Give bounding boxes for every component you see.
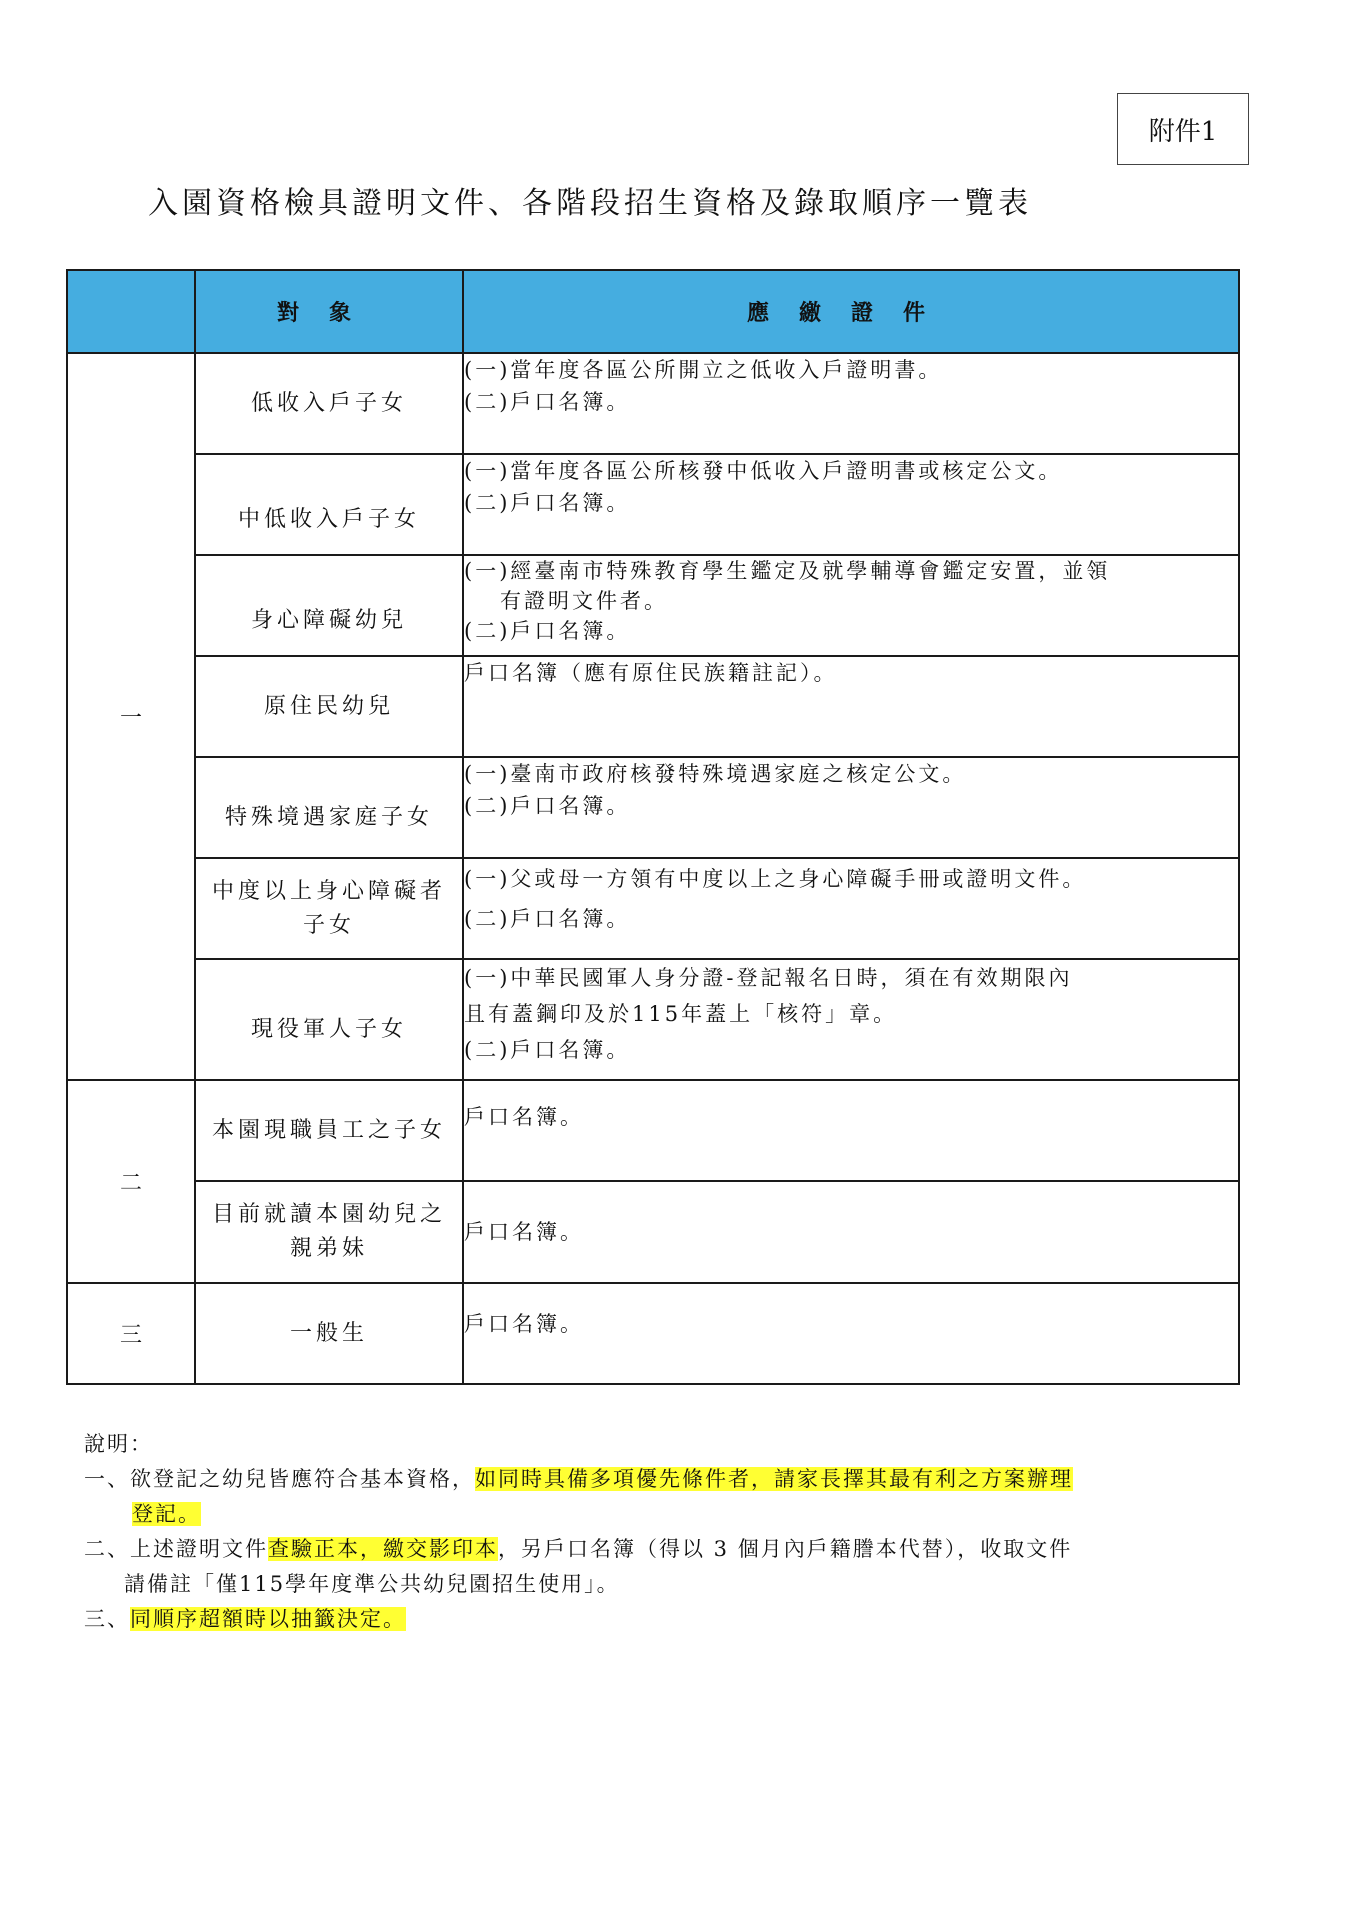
header-documents: 應繳證件 bbox=[463, 270, 1239, 353]
table-row: 目前就讀本園幼兒之 親弟妹 戶口名簿。 bbox=[67, 1181, 1239, 1283]
subject-cell: 中度以上身心障礙者 子女 bbox=[195, 858, 463, 959]
documents-cell: 戶口名簿。 bbox=[463, 1283, 1239, 1384]
highlighted-text: 登記。 bbox=[132, 1502, 201, 1526]
subject-cell: 特殊境遇家庭子女 bbox=[195, 757, 463, 858]
highlighted-text: 查驗正本，繳交影印本 bbox=[268, 1537, 498, 1561]
table-row: 現役軍人子女 (一)中華民國軍人身分證-登記報名日時，須在有效期限內 且有蓋鋼印… bbox=[67, 959, 1239, 1080]
table-row: 二 本園現職員工之子女 戶口名簿。 bbox=[67, 1080, 1239, 1181]
subject-cell: 本園現職員工之子女 bbox=[195, 1080, 463, 1181]
notes-section: 說明： 一、欲登記之幼兒皆應符合基本資格，如同時具備多項優先條件者，請家長擇其最… bbox=[84, 1427, 1073, 1637]
note-item-1-cont: 登記。 bbox=[84, 1497, 1073, 1532]
table-row: 三 一般生 戶口名簿。 bbox=[67, 1283, 1239, 1384]
header-group bbox=[67, 270, 195, 353]
table-row: 中低收入戶子女 (一)當年度各區公所核發中低收入戶證明書或核定公文。 (二)戶口… bbox=[67, 454, 1239, 555]
documents-cell: 戶口名簿（應有原住民族籍註記）。 bbox=[463, 656, 1239, 757]
table-row: 一 低收入戶子女 (一)當年度各區公所開立之低收入戶證明書。 (二)戶口名簿。 bbox=[67, 353, 1239, 454]
note-item-2-cont: 請備註「僅115學年度準公共幼兒園招生使用」。 bbox=[84, 1567, 1073, 1602]
page-title: 入園資格檢具證明文件、各階段招生資格及錄取順序一覽表 bbox=[148, 178, 1108, 222]
documents-cell: (一)父或母一方領有中度以上之身心障礙手冊或證明文件。 (二)戶口名簿。 bbox=[463, 858, 1239, 959]
documents-cell: (一)中華民國軍人身分證-登記報名日時，須在有效期限內 且有蓋鋼印及於115年蓋… bbox=[463, 959, 1239, 1080]
note-item-2: 二、上述證明文件查驗正本，繳交影印本，另戶口名簿（得以 3 個月內戶籍謄本代替）… bbox=[84, 1532, 1073, 1567]
documents-cell: (一)臺南市政府核發特殊境遇家庭之核定公文。 (二)戶口名簿。 bbox=[463, 757, 1239, 858]
subject-cell: 現役軍人子女 bbox=[195, 959, 463, 1080]
subject-cell: 目前就讀本園幼兒之 親弟妹 bbox=[195, 1181, 463, 1283]
group-label: 二 bbox=[67, 1080, 195, 1283]
table-row: 中度以上身心障礙者 子女 (一)父或母一方領有中度以上之身心障礙手冊或證明文件。… bbox=[67, 858, 1239, 959]
documents-cell: (一)經臺南市特殊教育學生鑑定及就學輔導會鑑定安置，並領 有證明文件者。 (二)… bbox=[463, 555, 1239, 656]
subject-cell: 低收入戶子女 bbox=[195, 353, 463, 454]
header-subject: 對象 bbox=[195, 270, 463, 353]
documents-cell: (一)當年度各區公所開立之低收入戶證明書。 (二)戶口名簿。 bbox=[463, 353, 1239, 454]
documents-cell: (一)當年度各區公所核發中低收入戶證明書或核定公文。 (二)戶口名簿。 bbox=[463, 454, 1239, 555]
subject-cell: 身心障礙幼兒 bbox=[195, 555, 463, 656]
subject-cell: 一般生 bbox=[195, 1283, 463, 1384]
note-item-1: 一、欲登記之幼兒皆應符合基本資格，如同時具備多項優先條件者，請家長擇其最有利之方… bbox=[84, 1462, 1073, 1497]
requirements-table: 對象 應繳證件 一 低收入戶子女 (一)當年度各區公所開立之低收入戶證明書。 (… bbox=[66, 269, 1240, 1385]
notes-heading: 說明： bbox=[84, 1427, 1073, 1462]
table-header-row: 對象 應繳證件 bbox=[67, 270, 1239, 353]
subject-cell: 原住民幼兒 bbox=[195, 656, 463, 757]
highlighted-text: 同順序超額時以抽籤決定。 bbox=[130, 1607, 406, 1631]
attachment-label: 附件1 bbox=[1117, 93, 1249, 165]
table-row: 身心障礙幼兒 (一)經臺南市特殊教育學生鑑定及就學輔導會鑑定安置，並領 有證明文… bbox=[67, 555, 1239, 656]
group-label: 三 bbox=[67, 1283, 195, 1384]
highlighted-text: 如同時具備多項優先條件者，請家長擇其最有利之方案辦理 bbox=[475, 1467, 1073, 1491]
subject-cell: 中低收入戶子女 bbox=[195, 454, 463, 555]
table-row: 特殊境遇家庭子女 (一)臺南市政府核發特殊境遇家庭之核定公文。 (二)戶口名簿。 bbox=[67, 757, 1239, 858]
group-label: 一 bbox=[67, 353, 195, 1080]
table-row: 原住民幼兒 戶口名簿（應有原住民族籍註記）。 bbox=[67, 656, 1239, 757]
note-item-3: 三、同順序超額時以抽籤決定。 bbox=[84, 1602, 1073, 1637]
documents-cell: 戶口名簿。 bbox=[463, 1181, 1239, 1283]
documents-cell: 戶口名簿。 bbox=[463, 1080, 1239, 1181]
